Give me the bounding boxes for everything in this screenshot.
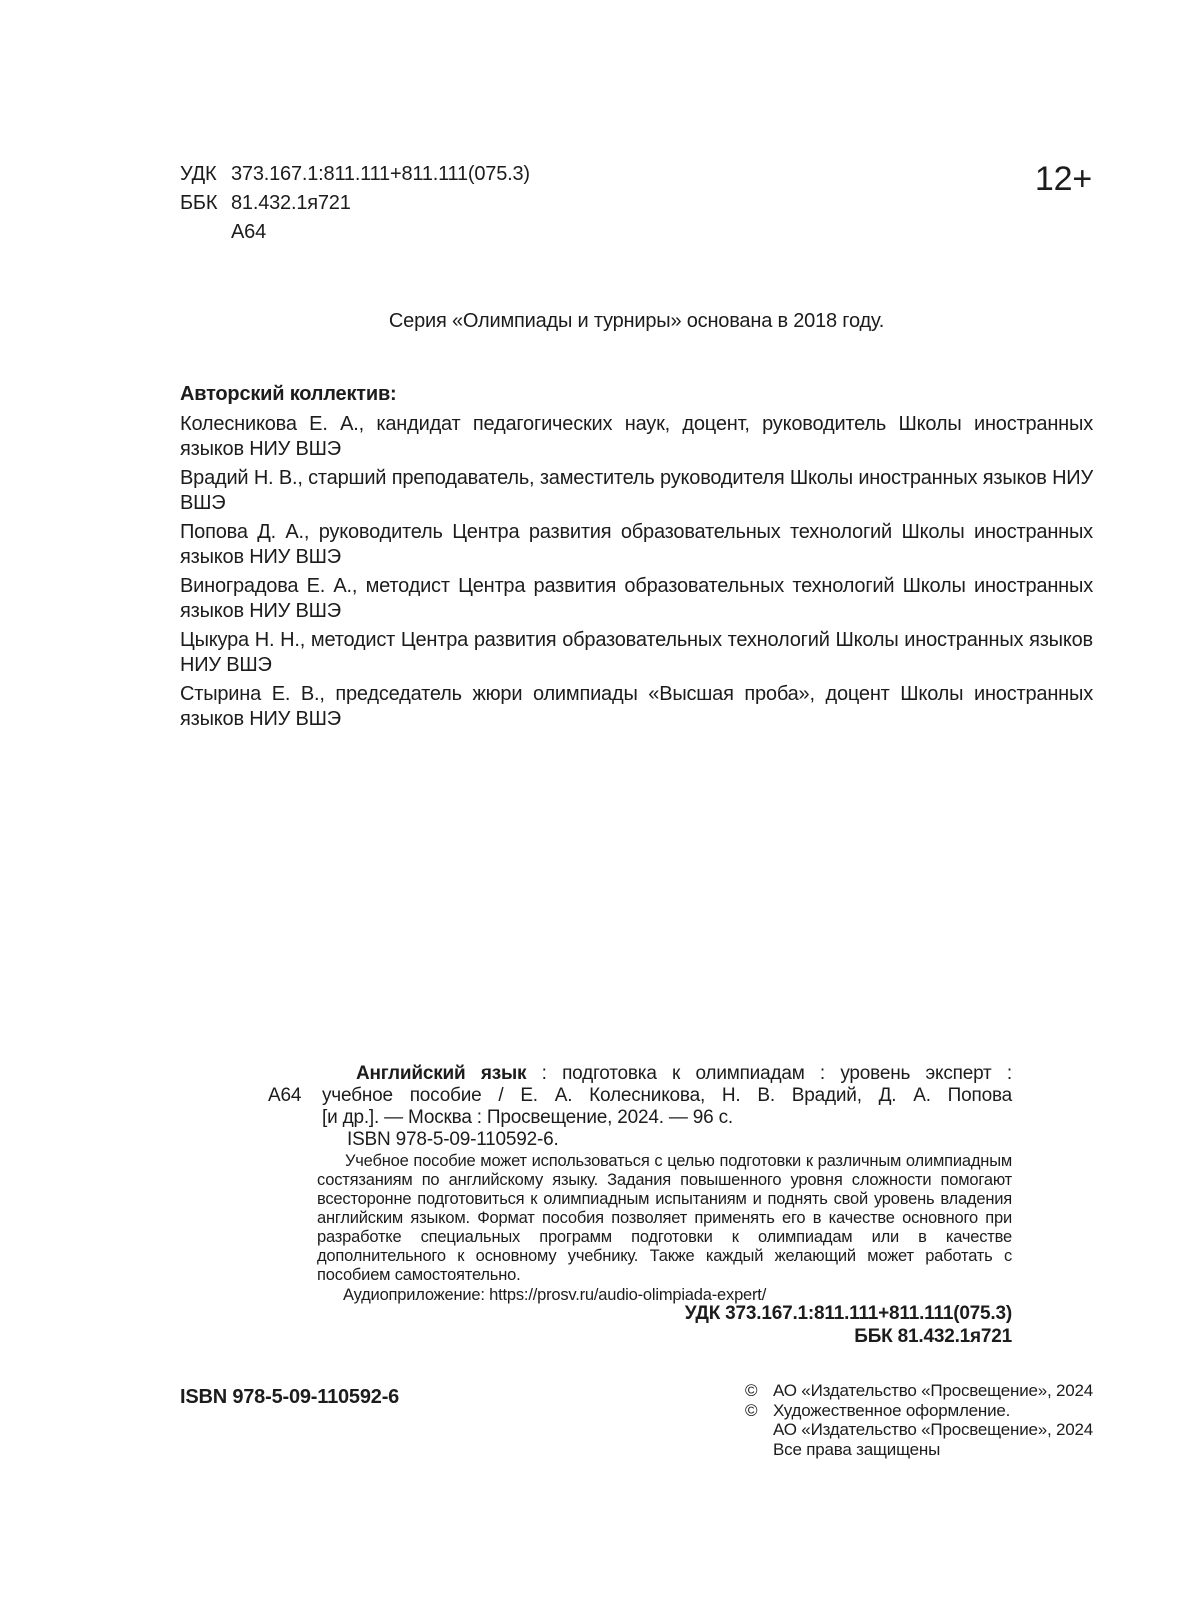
authors-section: Авторский коллектив: Колесникова Е. А., … <box>180 382 1093 736</box>
copyright-line: АО «Издательство «Просвещение», 2024 <box>773 1420 1093 1440</box>
author-entry: Попова Д. А., руководитель Центра развит… <box>180 520 1093 570</box>
udk-line: УДК373.167.1:811.111+811.111(075.3) <box>180 160 530 189</box>
copyright-symbol <box>745 1420 773 1440</box>
author-sign: А64 <box>231 221 266 243</box>
bbk-label: ББК <box>180 189 231 218</box>
copyright-symbol <box>745 1440 773 1460</box>
copyright-line: Художественное оформление. <box>773 1401 1093 1421</box>
copyright-line: АО «Издательство «Просвещение», 2024 <box>773 1381 1093 1401</box>
author-entry: Цыкура Н. Н., методист Центра развития о… <box>180 628 1093 678</box>
card-author-sign: А64 <box>268 1085 301 1107</box>
classification-block: УДК373.167.1:811.111+811.111(075.3) ББК8… <box>180 160 530 247</box>
card-title-bold: Английский язык <box>356 1063 526 1084</box>
card-line-3: [и др.]. — Москва : Просвещение, 2024. —… <box>322 1107 1012 1129</box>
author-sign-line: А64 <box>180 218 530 247</box>
annotation-text: Учебное пособие может использоваться с ц… <box>317 1152 1012 1285</box>
copyright-line: Все права защищены <box>773 1440 1093 1460</box>
card-udk-line: УДК 373.167.1:811.111+811.111(075.3) <box>317 1302 1012 1325</box>
author-entry: Стырина Е. В., председатель жюри олимпиа… <box>180 682 1093 732</box>
bbk-value: 81.432.1я721 <box>231 192 351 214</box>
card-bbk-line: ББК 81.432.1я721 <box>317 1325 1012 1348</box>
author-entry: Колесникова Е. А., кандидат педагогическ… <box>180 412 1093 462</box>
authors-heading: Авторский коллектив: <box>180 382 1093 407</box>
udk-label: УДК <box>180 160 231 189</box>
card-classification: УДК 373.167.1:811.111+811.111(075.3) ББК… <box>317 1302 1012 1348</box>
copyright-symbol: © <box>745 1401 773 1421</box>
series-note: Серия «Олимпиады и турниры» основана в 2… <box>180 310 1093 333</box>
author-entry: Врадий Н. В., старший преподаватель, зам… <box>180 466 1093 516</box>
card-title-rest: : подготовка к олимпиадам : уровень эксп… <box>526 1063 1012 1084</box>
card-line-2: учебное пособие / Е. А. Колесникова, Н. … <box>322 1085 1012 1107</box>
card-title-line: Английский язык : подготовка к олимпиада… <box>322 1063 1012 1085</box>
udk-value: 373.167.1:811.111+811.111(075.3) <box>231 163 530 185</box>
copyright-block: © АО «Издательство «Просвещение», 2024 ©… <box>745 1381 1093 1459</box>
bbk-line: ББК81.432.1я721 <box>180 189 530 218</box>
author-entry: Виноградова Е. А., методист Центра разви… <box>180 574 1093 624</box>
card-isbn-line: ISBN 978-5-09-110592-6. <box>322 1129 1012 1151</box>
catalog-card: А64 Английский язык : подготовка к олимп… <box>322 1063 1012 1151</box>
book-imprint-page: УДК373.167.1:811.111+811.111(075.3) ББК8… <box>0 0 1200 1604</box>
copyright-symbol: © <box>745 1381 773 1401</box>
footer-isbn: ISBN 978-5-09-110592-6 <box>180 1386 399 1409</box>
age-rating-badge: 12+ <box>1035 161 1092 197</box>
